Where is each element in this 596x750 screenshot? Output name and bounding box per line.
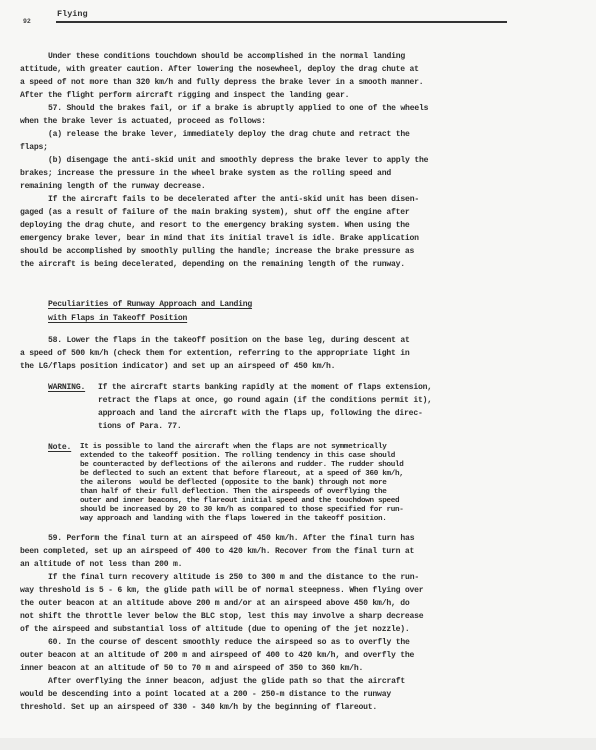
text-line: 59. Perform the final turn at an airspee… [48,534,414,544]
page-number: 92 [23,18,31,25]
text-line: If the aircraft fails to be decelerated … [48,195,419,205]
text-line: an altitude of not less than 200 m. [20,560,182,570]
note-line: than half of their full deflection. Then… [80,488,387,497]
text-line: inner beacon at an altitude of 50 to 70 … [20,664,363,674]
note-line: It is possible to land the aircraft when… [80,443,387,452]
note-label: Note. [48,443,71,453]
text-line: After overflying the inner beacon, adjus… [48,677,405,687]
text-line: way threshold is 5 - 6 km, the glide pat… [20,586,423,596]
text-line: 58. Lower the flaps in the takeoff posit… [48,336,410,346]
text-line: should be accomplished by smoothly pulli… [20,247,414,257]
text-line: If the final turn recovery altitude is 2… [48,573,419,583]
note-line: be deflected to such an extent that befo… [80,470,404,479]
text-line: when the brake lever is actuated, procee… [20,117,266,127]
section-heading-line: Peculiarities of Runway Approach and Lan… [48,300,252,310]
text-line: (a) release the brake lever, immediately… [48,130,410,140]
text-line: brakes; increase the pressure in the whe… [20,169,391,179]
text-line: of the airspeed and substantial loss of … [20,625,410,635]
text-line: remaining length of the runway decrease. [20,182,205,192]
text-line: a speed of not more than 320 km/h and fu… [20,78,423,88]
text-line: a speed of 500 km/h (check them for exte… [20,349,410,359]
header-rule [56,21,507,23]
note-line: way approach and landing with the flaps … [80,515,387,524]
warning-line: retract the flaps at once, go round agai… [98,396,432,406]
text-line: been completed, set up an airspeed of 40… [20,547,414,557]
text-line: attitude, with greater caution. After lo… [20,65,419,75]
warning-line: If the aircraft starts banking rapidly a… [98,383,432,393]
text-line: deploying the drag chute, and resort to … [20,221,410,231]
text-line: 60. In the course of descent smoothly re… [48,638,410,648]
document-page: 92 Flying Under these conditions touchdo… [0,0,596,750]
warning-label: WARNING. [48,383,85,393]
text-line: emergency brake lever, bear in mind that… [20,234,419,244]
text-line: 57. Should the brakes fail, or if a brak… [48,104,428,114]
text-line: Under these conditions touchdown should … [48,52,405,62]
note-line: be counteracted by deflections of the ai… [80,461,404,470]
note-line: outer and inner beacons, the flareout in… [80,497,399,506]
text-line: not shift the throttle lever below the B… [20,612,423,622]
section-heading-line: with Flaps in Takeoff Position [48,314,187,324]
text-line: outer beacon at an altitude of 200 m and… [20,651,414,661]
text-line: the outer beacon at an altitude above 20… [20,599,410,609]
text-line: After the flight perform aircraft riggin… [20,91,349,101]
text-line: threshold. Set up an airspeed of 330 - 3… [20,703,377,713]
warning-line: approach and land the aircraft with the … [98,409,423,419]
text-line: (b) disengage the anti-skid unit and smo… [48,156,428,166]
text-line: the LG/flaps position indicator) and set… [20,362,335,372]
text-line: the aircraft is being decelerated, depen… [20,260,405,270]
note-line: extended to the takeoff position. The ro… [80,452,395,461]
text-line: flaps; [20,143,48,153]
scan-edge [0,738,596,750]
text-line: gaged (as a result of failure of the mai… [20,208,410,218]
note-line: the ailerons would be deflected (opposit… [80,479,387,488]
running-head: Flying [57,9,88,19]
warning-line: tions of Para. 77. [98,422,181,432]
text-line: would be descending into a point located… [20,690,391,700]
note-line: should be increased by 20 to 30 km/h as … [80,506,404,515]
